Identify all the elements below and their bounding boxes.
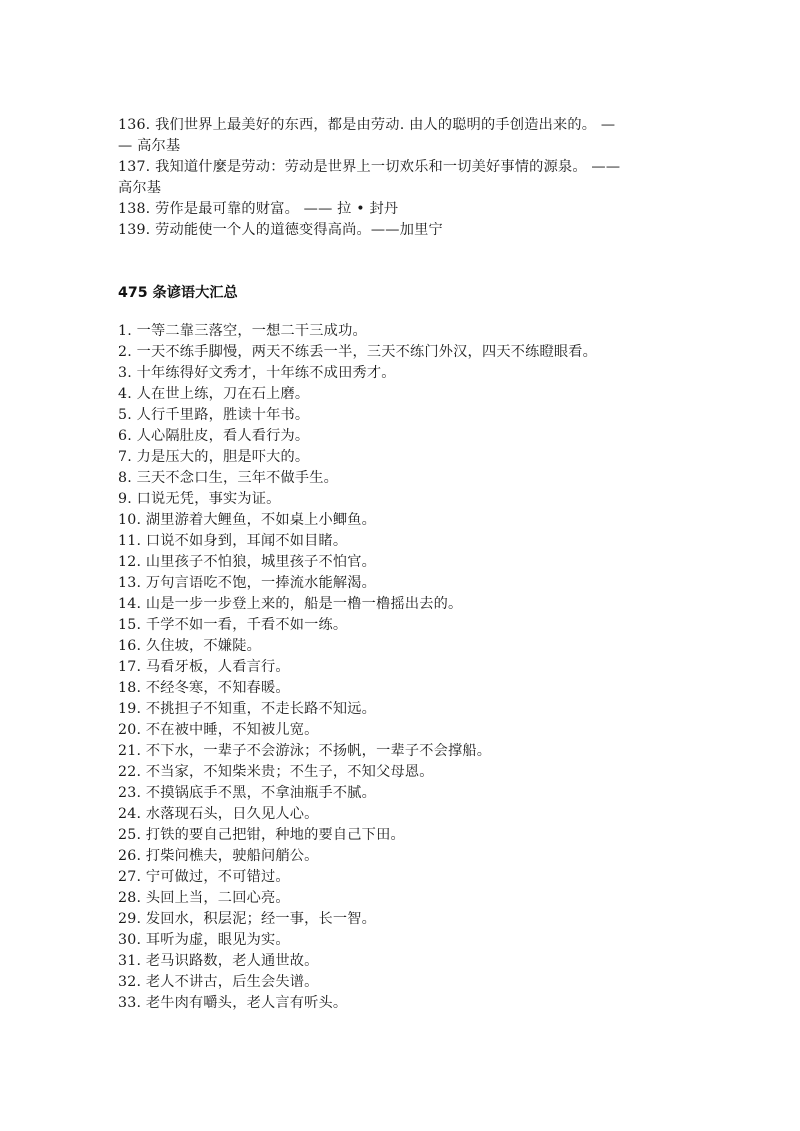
quote-line: — 高尔基 [118, 136, 688, 157]
list-item: 28. 头回上当，二回心亮。 [118, 888, 688, 909]
spacer [118, 304, 688, 321]
list-item: 21. 不下水，一辈子不会游泳；不扬帆，一辈子不会撑船。 [118, 741, 688, 762]
list-item: 11. 口说不如身到，耳闻不如目睹。 [118, 531, 688, 552]
list-item: 27. 宁可做过，不可错过。 [118, 867, 688, 888]
list-item: 31. 老马识路数，老人通世故。 [118, 951, 688, 972]
list-item: 32. 老人不讲古，后生会失谱。 [118, 972, 688, 993]
list-item: 1. 一等二靠三落空，一想二干三成功。 [118, 321, 688, 342]
list-item: 26. 打柴问樵夫，驶船问艄公。 [118, 846, 688, 867]
quote-line: 137. 我知道什麼是劳动：劳动是世界上一切欢乐和一切美好事情的源泉。 —— [118, 157, 688, 178]
list-item: 9. 口说无凭，事实为证。 [118, 489, 688, 510]
quote-line: 136. 我们世界上最美好的东西，都是由劳动. 由人的聪明的手创造出来的。 — [118, 115, 688, 136]
list-item: 29. 发回水，积层泥；经一事，长一智。 [118, 909, 688, 930]
quote-line: 138. 劳作是最可靠的财富。 —— 拉 • 封丹 [118, 199, 688, 220]
list-item: 8. 三天不念口生，三年不做手生。 [118, 468, 688, 489]
list-item: 13. 万句言语吃不饱，一捧流水能解渴。 [118, 573, 688, 594]
quotes-block: 136. 我们世界上最美好的东西，都是由劳动. 由人的聪明的手创造出来的。 — … [118, 115, 688, 241]
list-item: 7. 力是压大的，胆是吓大的。 [118, 447, 688, 468]
list-item: 14. 山是一步一步登上来的，船是一橹一橹摇出去的。 [118, 594, 688, 615]
list-item: 25. 打铁的要自己把钳，种地的要自己下田。 [118, 825, 688, 846]
list-item: 18. 不经冬寒，不知春暖。 [118, 678, 688, 699]
list-item: 2. 一天不练手脚慢，两天不练丢一半，三天不练门外汉，四天不练瞪眼看。 [118, 342, 688, 363]
quote-line: 高尔基 [118, 178, 688, 199]
list-item: 23. 不摸锅底手不黑，不拿油瓶手不腻。 [118, 783, 688, 804]
list-item: 15. 千学不如一看，千看不如一练。 [118, 615, 688, 636]
list-item: 33. 老牛肉有嚼头，老人言有听头。 [118, 993, 688, 1014]
list-item: 16. 久住坡，不嫌陡。 [118, 636, 688, 657]
list-item: 12. 山里孩子不怕狼，城里孩子不怕官。 [118, 552, 688, 573]
proverb-list: 1. 一等二靠三落空，一想二干三成功。 2. 一天不练手脚慢，两天不练丢一半，三… [118, 321, 688, 1014]
list-item: 10. 湖里游着大鲤鱼，不如桌上小鲫鱼。 [118, 510, 688, 531]
list-item: 30. 耳听为虚，眼见为实。 [118, 930, 688, 951]
spacer [118, 241, 688, 283]
list-item: 20. 不在被中睡，不知被儿宽。 [118, 720, 688, 741]
section-heading: 475 条谚语大汇总 [118, 283, 688, 304]
list-item: 24. 水落现石头，日久见人心。 [118, 804, 688, 825]
list-item: 5. 人行千里路，胜读十年书。 [118, 405, 688, 426]
list-item: 4. 人在世上练，刀在石上磨。 [118, 384, 688, 405]
list-item: 3. 十年练得好文秀才，十年练不成田秀才。 [118, 363, 688, 384]
document-page: 136. 我们世界上最美好的东西，都是由劳动. 由人的聪明的手创造出来的。 — … [118, 115, 688, 1014]
list-item: 17. 马看牙板，人看言行。 [118, 657, 688, 678]
list-item: 6. 人心隔肚皮，看人看行为。 [118, 426, 688, 447]
list-item: 22. 不当家，不知柴米贵；不生子，不知父母恩。 [118, 762, 688, 783]
list-item: 19. 不挑担子不知重，不走长路不知远。 [118, 699, 688, 720]
quote-line: 139. 劳动能使一个人的道德变得高尚。——加里宁 [118, 220, 688, 241]
